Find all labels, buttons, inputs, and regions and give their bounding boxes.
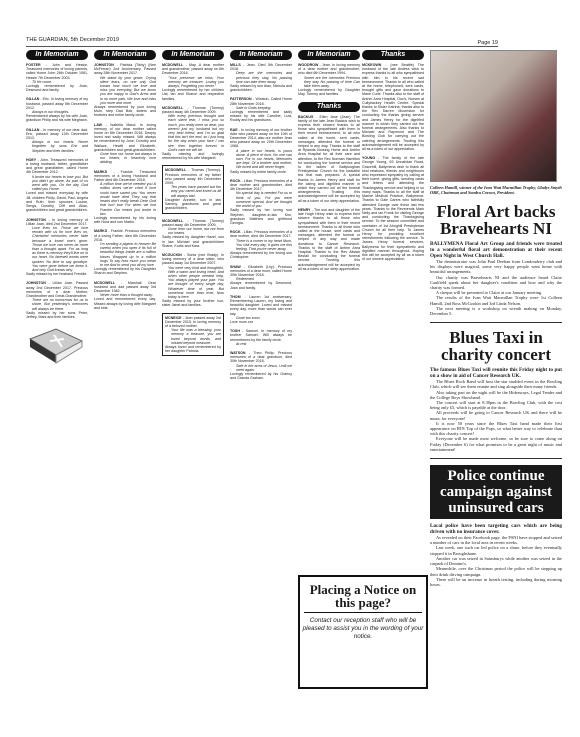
story-paragraph: Last week, one such car led police on a … xyxy=(430,545,562,555)
bible-icon xyxy=(26,327,84,365)
memorial-entry: MCDOWELL - Thomas (Tommy) passed away 4t… xyxy=(162,219,224,248)
story-paragraph: The results of the Ivan Watt Macmillan T… xyxy=(430,295,562,305)
entry-footer: Lovingly remembered by his Granny and Gr… xyxy=(230,372,292,380)
memorial-entry: MCKEOWN - (nee Beattie) The husband of t… xyxy=(362,63,424,151)
story-paragraph: As revealed on their Facebook page, the … xyxy=(430,535,562,545)
column-2: In MemoriamJOHNSTON - Patricia (Tishy) (… xyxy=(94,50,156,315)
memorial-entry: YOUNG - The family of the late George Yo… xyxy=(362,156,424,261)
memorial-entry: MILLS - Jean. Died 5th December 2018.Dee… xyxy=(230,63,292,92)
entry-footer: Sadly missed by daughter Hazel, son in l… xyxy=(162,235,224,248)
memorial-entry: WATSON - Theo Philip. Precious memories … xyxy=(230,351,292,380)
story-paragraph: Another car was seized in Sainsburys whi… xyxy=(430,556,562,566)
entry-footer: Always remembered by your loving Mum, st… xyxy=(94,105,156,118)
entry-verse: A place in our hearts, is yours alone, A… xyxy=(230,149,292,170)
entry-verse: With every precious thought and each sil… xyxy=(162,114,224,152)
divider xyxy=(430,458,562,459)
entry-footer: Loved and remembered every day. Missed a… xyxy=(94,297,156,310)
memorial-entry: MCNEICE - Jean passed away 3rd December … xyxy=(162,313,224,357)
memorial-entry: ROCK - Lilian. Precious memories of a de… xyxy=(230,179,292,225)
memorial-entry: BACKUS - Ellen Jane (Jean). The family o… xyxy=(298,115,360,203)
entry-text: - Ellen Jane (Jean). The family of the l… xyxy=(298,115,360,203)
column-5: In MemoriamWOODROW - Jean. In loving mem… xyxy=(298,50,360,276)
entry-footer: Lovingly remembered by his loving wife N… xyxy=(94,216,156,224)
memorial-entry: MCDOWELL - Thomas (Tommy). Precious memo… xyxy=(162,165,224,213)
entry-verse: Gone from our home, but not from our hea… xyxy=(162,227,224,235)
memorial-entry: MCGUCKIN - Sonia (nee Brady). In loving … xyxy=(162,253,224,308)
section-header: Thanks xyxy=(298,102,360,112)
floral-lede: BALLYMENA Floral Art Group and friends w… xyxy=(430,241,562,259)
entry-verse: It broke our hearts to lose you, But you… xyxy=(26,175,88,192)
entry-verse: Deep are the memories and precious they … xyxy=(230,71,292,84)
page-number: Page 19 xyxy=(478,40,499,46)
story-paragraph: The concert will start at 8.30pm in the … xyxy=(430,400,562,410)
entry-footer: Sadly missed by entire family circle. xyxy=(230,170,292,174)
entry-text: - Isabella Maud. In loving memory of our… xyxy=(94,123,156,152)
entry-text: - (nee Beattie) The husband of the late … xyxy=(362,63,424,151)
entry-verse: Safe in the arms of Jesus. Until we meet… xyxy=(230,364,292,372)
column-4: In MemoriamMILLS - Jean. Died 5th Decemb… xyxy=(230,50,292,385)
police-body: As revealed on their Facebook page, the … xyxy=(430,535,562,587)
entry-footer: Lovingly remembered by his Daughter Shar… xyxy=(94,267,156,275)
entry-footer: Sadly missed by her sons Peter, Jeffrey,… xyxy=(26,311,88,319)
entry-text: - The family of the late George Young, 6… xyxy=(362,156,424,261)
memorial-entry: MCDOWELL - Thomas (Tommy) passed away 4t… xyxy=(162,106,224,161)
memorial-entry: PATTERSON - Winston. Called Home 28th No… xyxy=(230,97,292,122)
entry-footer: Always remembered by Desmond, Joan and f… xyxy=(230,281,292,289)
entry-verse: Love lives on. Those we love remain with… xyxy=(26,226,88,272)
entry-footer: Sadly missing and lovingly remembered by… xyxy=(162,152,224,160)
entry-footer: Loved and missed everyday by wife Jill, … xyxy=(26,191,88,212)
memorial-entry: WOODROW - Jean. In loving memory of a de… xyxy=(298,63,360,97)
entry-verse: I'm sending a pigeon to heaven Be carefu… xyxy=(94,242,156,267)
divider xyxy=(430,322,562,323)
memorial-entry: FOSTER - John and Hessie. Treasured memo… xyxy=(26,63,88,92)
story-paragraph: There will be an increase in breath test… xyxy=(430,577,562,587)
photo-caption: Colleen Hamill, winner of the Ivan Watt … xyxy=(430,185,562,195)
floral-headline: Floral Art backs Bravehearts NI xyxy=(430,203,562,237)
story-paragraph: The demonstrator was John Paul Deehan fr… xyxy=(430,259,562,275)
memorial-entry: ROCK - Lilian. Precious memories of a de… xyxy=(230,230,292,259)
entry-text: - The son and daughter of the late Hugh … xyxy=(298,208,360,271)
entry-verse: We stand by your grave, Crying silent te… xyxy=(94,76,156,105)
entry-verse: "Your presence we miss, Your memory we t… xyxy=(162,76,224,89)
entry-verse: There is a corner in my heart Mum, You v… xyxy=(230,239,292,252)
section-header: In Memoriam xyxy=(94,50,156,60)
entry-text: - Samuel. In memory of my brother Samuel… xyxy=(230,329,292,341)
entry-footer: Love mum xxx xyxy=(230,320,292,324)
memorial-entry: JOHNSTON - Lillian Joan. Passed away 2nd… xyxy=(26,281,88,319)
blues-lede: The famous Blues Taxi will reunite this … xyxy=(430,367,562,379)
story-paragraph: The next meeting is a workshop on wreath… xyxy=(430,306,562,316)
entry-footer: Sadly missed by her husband Freddie. xyxy=(26,272,88,276)
memorial-entry: MARKS - Frankie. Treasured memories of a… xyxy=(94,170,156,225)
masthead-title: THE GUARDIAN, 5th December 2019 xyxy=(26,37,119,43)
entry-text: - John. Treasured memories of a loving h… xyxy=(26,158,88,175)
story-paragraph: The Blues Rock Band will host the star s… xyxy=(430,379,562,389)
floral-photo xyxy=(430,50,557,182)
notice-title: Placing a Notice on this page? xyxy=(304,577,422,613)
entry-verse: A million time we've needed you A millio… xyxy=(94,182,156,216)
memorial-entry: THOM - Lauren 1st anniversary. Rememberi… xyxy=(230,295,292,324)
police-headline: Police continue campaign against uninsur… xyxy=(430,465,562,519)
memorial-entry: HENRY - The son and daughter of the late… xyxy=(298,208,360,271)
entry-verse: Sweet are the memories Precious they sta… xyxy=(298,76,360,89)
entry-verse: You were very kind and thoughtful, With … xyxy=(162,266,224,300)
entry-verse: Your life was a blessing, your memory a … xyxy=(165,328,221,345)
memorial-entry: GILLAN - Eric. In loving memory of my hu… xyxy=(26,97,88,122)
entry-verse: No special day is needed For us to think… xyxy=(230,191,292,208)
memorial-entry: LAW - Isabella Maud. In loving memory of… xyxy=(94,123,156,165)
entry-verse: Gone from our home but always in our hea… xyxy=(94,152,156,165)
notice-body: Contact our reception staff who will be … xyxy=(300,613,426,641)
memorial-entry: MCDOWELL - Marshall. Dear husband and da… xyxy=(94,281,156,310)
section-header: In Memoriam xyxy=(26,50,88,60)
entry-footer: Lovingly remembered by her children Ual,… xyxy=(162,88,224,101)
story-paragraph: All proceeds will be going to Cancer Res… xyxy=(430,410,562,420)
police-lede: Local police have been targeting cars wh… xyxy=(430,523,562,535)
section-header: In Memoriam xyxy=(162,50,224,60)
entry-footer: Sadly missed by son Alan, Nichola and gr… xyxy=(230,84,292,92)
entry-footer: Lovingly remembered by Joan, Desmond and… xyxy=(26,84,88,92)
story-paragraph: Also taking part on the night will be th… xyxy=(430,390,562,400)
memorial-entry: HOEY - John. Treasured memories of a lov… xyxy=(26,158,88,213)
memorial-entry: JOHNSTON - Patricia (Tishy) (Nee McFerra… xyxy=(94,63,156,118)
entry-footer: Lovingly remembered and sadly missed by … xyxy=(230,110,292,123)
news-column: Colleen Hamill, winner of the Ivan Watt … xyxy=(430,50,562,587)
entry-verse: There are no tomorrows for us to share, … xyxy=(26,298,88,311)
story-paragraph: Meanwhile, over the Christmas period the… xyxy=(430,566,562,576)
section-header: Thanks xyxy=(362,50,424,60)
memorial-entry: GILLAN - In memory of our dear dad, Eric… xyxy=(26,128,88,153)
floral-body: The demonstrator was John Paul Deehan fr… xyxy=(430,259,562,316)
notice-ad: Placing a Notice on this page? Contact o… xyxy=(298,575,428,689)
column-3: In MemoriamMCDOWELL - May. A dear mother… xyxy=(162,50,224,361)
entry-footer: Remembered always by his wife Joan, gran… xyxy=(26,114,88,122)
story-paragraph: Our charity was Bravehearts NI and the a… xyxy=(430,275,562,291)
section-header: In Memoriam xyxy=(230,50,292,60)
story-paragraph: It is now 50 years since the Blues Taxi … xyxy=(430,421,562,437)
entry-verse: Always in our hearts. Never forgotten by… xyxy=(26,140,88,153)
entry-footer: Always remembered by her loving son Chri… xyxy=(230,251,292,259)
entry-text: - In loving memory of our brother Adie w… xyxy=(230,128,292,149)
masthead: THE GUARDIAN, 5th December 2019 Page 19 xyxy=(26,35,498,47)
entry-footer: Sadly missed by your brother Ivor, siste… xyxy=(162,299,224,307)
entry-footer: Daughter Annette, son in law Sammy, gran… xyxy=(165,198,221,211)
story-paragraph: Everyone will be made most welcome, so b… xyxy=(430,436,562,452)
entry-footer: Always loved and remembered by her daugh… xyxy=(165,345,221,353)
entry-verse: Ten years have passed but the way you ca… xyxy=(165,185,221,198)
memorial-entry: SHAW - Elizabeth (Lily). Precious memori… xyxy=(230,265,292,290)
memorial-entry: RAE - In loving memory of our brother Ad… xyxy=(230,128,292,174)
column-6: ThanksMCKEOWN - (nee Beattie) The husban… xyxy=(362,50,424,266)
memorial-entry: MCDOWELL - May. A dear mother and grandm… xyxy=(162,63,224,101)
entry-footer: Sadly missed by her loving son Stephen, … xyxy=(230,208,292,225)
blues-headline: Blues Taxi in charity concert xyxy=(430,329,562,363)
blues-body: The Blues Rock Band will host the star s… xyxy=(430,379,562,452)
section-header: In Memoriam xyxy=(298,50,360,60)
memorial-entry: TOSH - Samuel. In memory of my brother S… xyxy=(230,329,292,346)
memorial-entry: MARKS - Frankie. Precious memories of a … xyxy=(94,229,156,275)
entry-footer: Lovingly remembered by Daughter May, Tom… xyxy=(298,88,360,96)
entry-verse: At rest xyxy=(230,342,292,346)
column-1: In MemoriamFOSTER - John and Hessie. Tre… xyxy=(26,50,88,365)
memorial-entry: JOHNSTON - In loving memory of Lillian J… xyxy=(26,218,88,277)
